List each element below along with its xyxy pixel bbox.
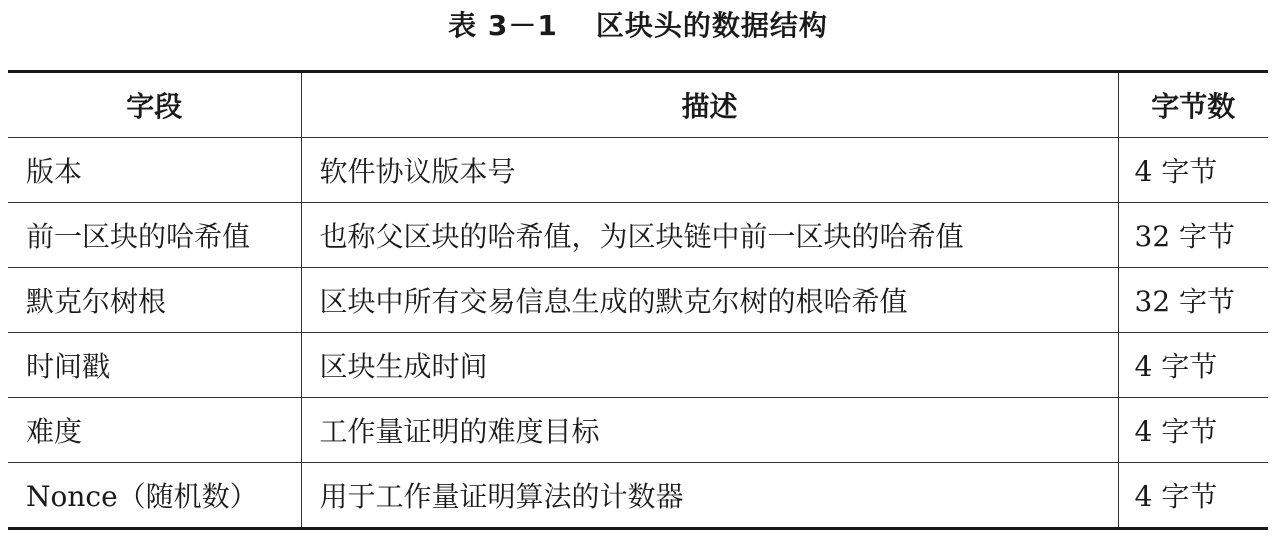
- description-cell: 区块中所有交易信息生成的默克尔树的根哈希值: [301, 268, 1118, 333]
- field-cell: 时间戳: [8, 333, 301, 398]
- table-number: 表 3－1: [448, 9, 558, 42]
- bytes-cell: 4 字节: [1118, 463, 1268, 529]
- bytes-cell: 4 字节: [1118, 333, 1268, 398]
- field-cell: Nonce（随机数）: [8, 463, 301, 529]
- field-cell: 版本: [8, 138, 301, 203]
- column-header-field: 字段: [8, 72, 301, 138]
- field-cell: 难度: [8, 398, 301, 463]
- table-row: 前一区块的哈希值 也称父区块的哈希值，为区块链中前一区块的哈希值 32 字节: [8, 203, 1268, 268]
- description-cell: 也称父区块的哈希值，为区块链中前一区块的哈希值: [301, 203, 1118, 268]
- table-row: 默克尔树根 区块中所有交易信息生成的默克尔树的根哈希值 32 字节: [8, 268, 1268, 333]
- description-cell: 软件协议版本号: [301, 138, 1118, 203]
- table-row: 时间戳 区块生成时间 4 字节: [8, 333, 1268, 398]
- table-row: Nonce（随机数） 用于工作量证明算法的计数器 4 字节: [8, 463, 1268, 529]
- description-cell: 用于工作量证明算法的计数器: [301, 463, 1118, 529]
- field-cell: 前一区块的哈希值: [8, 203, 301, 268]
- table-row: 版本 软件协议版本号 4 字节: [8, 138, 1268, 203]
- table-title: 区块头的数据结构: [596, 9, 828, 42]
- block-header-table: 字段 描述 字节数 版本 软件协议版本号 4 字节 前一区块的哈希值 也称父区块…: [8, 70, 1268, 530]
- description-cell: 区块生成时间: [301, 333, 1118, 398]
- bytes-cell: 32 字节: [1118, 203, 1268, 268]
- bytes-cell: 4 字节: [1118, 398, 1268, 463]
- bytes-cell: 32 字节: [1118, 268, 1268, 333]
- field-cell: 默克尔树根: [8, 268, 301, 333]
- table-row: 难度 工作量证明的难度目标 4 字节: [8, 398, 1268, 463]
- column-header-description: 描述: [301, 72, 1118, 138]
- column-header-bytes: 字节数: [1118, 72, 1268, 138]
- bytes-cell: 4 字节: [1118, 138, 1268, 203]
- description-cell: 工作量证明的难度目标: [301, 398, 1118, 463]
- table-caption: 表 3－1区块头的数据结构: [0, 6, 1276, 46]
- header-row: 字段 描述 字节数: [8, 72, 1268, 138]
